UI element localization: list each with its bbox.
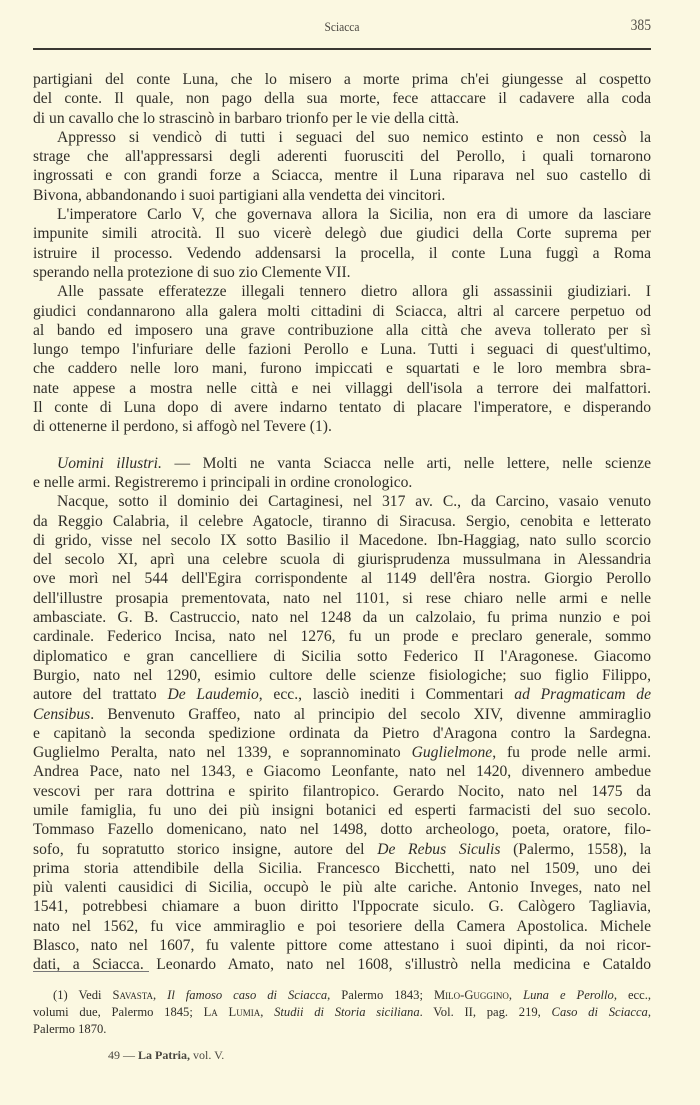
text-line: nate appese a mostra nelle città e nei v…: [33, 379, 651, 398]
text-line: autore del trattato De Laudemio, ecc., l…: [33, 685, 651, 704]
paragraph-2: Appresso si vendicò di tutti i seguaci d…: [33, 128, 651, 205]
body-text: partigiani del conte Luna, che lo misero…: [33, 70, 651, 975]
text-line: strage che all'appressarsi degli aderent…: [33, 147, 651, 166]
text-line: e nelle armi. Registreremo i principali …: [33, 473, 651, 492]
text-line: lungo tempo l'infuriare delle fazioni Pe…: [33, 340, 651, 359]
text-line: di un cavallo che lo strascinò in barbar…: [33, 109, 651, 128]
text-line: Blasco, nato nel 1607, fu valente pittor…: [33, 936, 651, 955]
footnote-line: volumi due, Palermo 1845; La Lumia, Stud…: [33, 1004, 651, 1021]
text-line: Andrea Pace, nato nel 1343, e Giacomo Le…: [33, 762, 651, 781]
paragraph-3: L'imperatore Carlo V, che governava allo…: [33, 205, 651, 282]
text-line: impunite simili atrocità. Il suo vicerè …: [33, 224, 651, 243]
nickname: Guglielmone: [412, 744, 493, 761]
text-line: e capitanò la seconda spedizione ordinat…: [33, 724, 651, 743]
text-line: cardinale. Federico Incisa, nato nel 127…: [33, 627, 651, 646]
text-line: Bivona, abbandonando i suoi partigiani a…: [33, 186, 651, 205]
text-line: Censibus. Benvenuto Graffeo, nato al pri…: [33, 705, 651, 724]
paragraph-4: Alle passate efferatezze illegali tenner…: [33, 282, 651, 436]
text-line: Il conte di Luna dopo di avere indarno t…: [33, 398, 651, 417]
footnote-line: (1) Vedi Savasta, Il famoso caso di Scia…: [33, 987, 651, 1004]
text-line: sperando nella protezione di suo zio Cle…: [33, 263, 651, 282]
running-title: Sciacca: [70, 19, 614, 35]
footnote: (1) Vedi Savasta, Il famoso caso di Scia…: [33, 987, 651, 1037]
work-title: Caso di Sciacca: [552, 1005, 648, 1019]
work-title: ad Pragmaticam de: [514, 686, 651, 703]
footnote-line: Palermo 1870.: [33, 1021, 651, 1038]
header-rule: [33, 48, 651, 50]
printer-signature: 49 — La Patria, vol. V.: [108, 1048, 224, 1063]
text-line: al bando ed imposero una grave contribuz…: [33, 321, 651, 340]
section-gap: [33, 437, 651, 454]
text-line: umile famiglia, fu uno dei più insigni b…: [33, 801, 651, 820]
text-line: diplomatico e gran cancelliere di Sicili…: [33, 647, 651, 666]
text-line: di grido, visse nel secolo IX sotto Basi…: [33, 531, 651, 550]
text-line: Uomini illustri. — Molti ne vanta Sciacc…: [33, 454, 651, 473]
work-title: De Rebus Siculis: [377, 841, 500, 858]
text-line: Alle passate efferatezze illegali tenner…: [33, 282, 651, 301]
text-line: istruire il processo. Vedendo addensarsi…: [33, 244, 651, 263]
text-line: di ottenerne il perdono, si affogò nel T…: [33, 417, 651, 436]
text-line: del secolo XI, aprì una celebre scuola d…: [33, 550, 651, 569]
text-line: ambasciate. G. B. Castruccio, nato nel 1…: [33, 608, 651, 627]
text-line: Nacque, sotto il dominio dei Cartaginesi…: [33, 492, 651, 511]
text-line: più valenti causidici di Sicilia, occupò…: [33, 878, 651, 897]
work-title: De Laudemio: [167, 686, 258, 703]
text-line: 1541, potrebbesi chiamare a buon diritto…: [33, 897, 651, 916]
work-title: Studii di Storia siciliana: [274, 1005, 420, 1019]
text-line: dell'illustre prosapia prementovata, nat…: [33, 589, 651, 608]
footnote-rule: [33, 971, 149, 972]
text-line: Appresso si vendicò di tutti i seguaci d…: [33, 128, 651, 147]
author-name: La Lumia: [204, 1005, 261, 1019]
page-number: 385: [631, 17, 651, 35]
paragraph-1: partigiani del conte Luna, che lo misero…: [33, 70, 651, 128]
section-heading: Uomini illustri.: [57, 455, 162, 472]
text-line: da Reggio Calabria, il celebre Agatocle,…: [33, 512, 651, 531]
author-name: Milo-Guggino: [434, 988, 509, 1002]
paragraph-6: Nacque, sotto il dominio dei Cartaginesi…: [33, 492, 651, 974]
work-title: Il famoso caso di Sciacca: [167, 988, 327, 1002]
text-line: L'imperatore Carlo V, che governava allo…: [33, 205, 651, 224]
publication-title: La Patria,: [138, 1048, 190, 1062]
text-line: prima storia attendibile della Sicilia. …: [33, 859, 651, 878]
text-line: giudici condannarono alla galera molti c…: [33, 302, 651, 321]
work-title: Censibus: [33, 706, 90, 723]
text-line: partigiani del conte Luna, che lo misero…: [33, 70, 651, 89]
text-line: Tommaso Fazello domenicano, nato nel 149…: [33, 820, 651, 839]
work-title: Luna e Perollo: [523, 988, 614, 1002]
text-line: vescovi per rara dottrina e spirito fila…: [33, 782, 651, 801]
text-line: del conte. Il quale, non pago della sua …: [33, 89, 651, 108]
text-line: ove morì nel 544 dell'Egira corrisponden…: [33, 569, 651, 588]
page-header: Sciacca 385: [33, 17, 651, 39]
text-line: sofo, fu sopratutto storico insigne, aut…: [33, 840, 651, 859]
text-line: nato nel 1562, fu vice ammiraglio e poi …: [33, 917, 651, 936]
text-line: ingrossati e con grandi forze a Sciacca,…: [33, 166, 651, 185]
text-line: che caddero nelle loro mani, furono impi…: [33, 359, 651, 378]
text-line: Burgio, nato nel 1290, esimio cultore de…: [33, 666, 651, 685]
author-name: Savasta: [113, 988, 153, 1002]
paragraph-5: Uomini illustri. — Molti ne vanta Sciacc…: [33, 454, 651, 493]
text-line: Guglielmo Peralta, nato nel 1339, e sopr…: [33, 743, 651, 762]
